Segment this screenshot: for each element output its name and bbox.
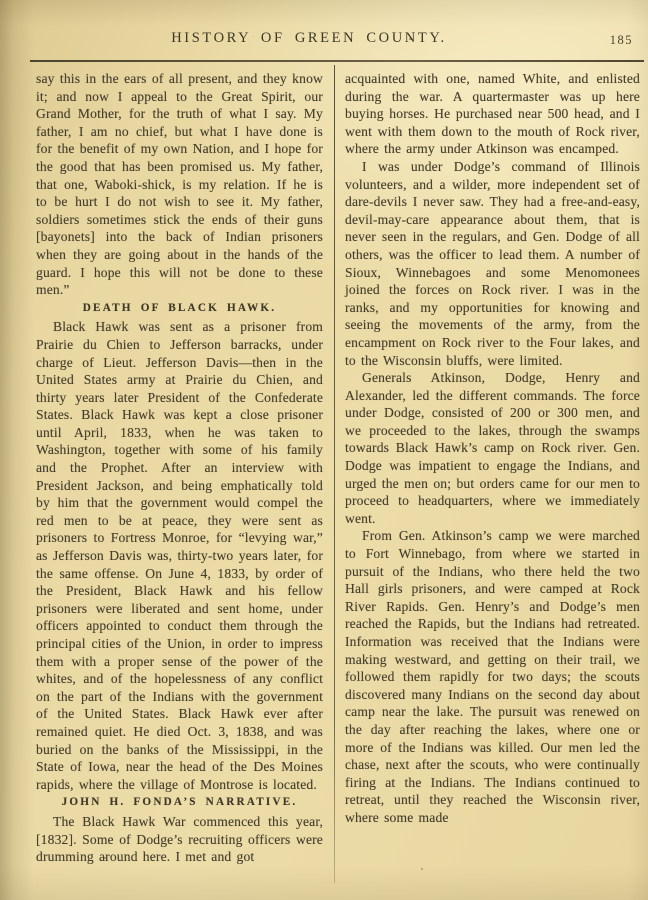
scan-speck xyxy=(409,38,412,40)
two-column-text-block: say this in the ears of all present, and… xyxy=(36,70,640,866)
paragraph-war-commenced: The Black Hawk War commenced this year, … xyxy=(36,813,323,866)
paragraph-black-hawk-prisoner: Black Hawk was sent as a prisoner from P… xyxy=(36,318,323,793)
left-column: say this in the ears of all present, and… xyxy=(36,70,323,866)
paragraph-speech-continuation: say this in the ears of all present, and… xyxy=(36,70,323,299)
running-head-title: HISTORY OF GREEN COUNTY. xyxy=(40,30,578,47)
right-column: acquainted with one, named White, and en… xyxy=(345,70,640,866)
paragraph-enlisted-continuation: acquainted with one, named White, and en… xyxy=(345,70,640,158)
page-number: 185 xyxy=(610,33,633,48)
section-heading-death-of-black-hawk: DEATH OF BLACK HAWK. xyxy=(36,300,323,318)
scan-speck xyxy=(421,868,423,870)
paragraph-generals-commands: Generals Atkinson, Dodge, Henry and Alex… xyxy=(345,369,640,527)
section-heading-fonda-narrative: JOHN H. FONDA’S NARRATIVE. xyxy=(36,794,323,812)
book-page: HISTORY OF GREEN COUNTY. 185 say this in… xyxy=(0,0,648,900)
column-gap xyxy=(323,70,345,866)
header-rule xyxy=(30,60,644,62)
scan-speck xyxy=(104,857,106,859)
paragraph-pursuit-of-indians: From Gen. Atkinson’s camp we were marche… xyxy=(345,527,640,826)
paragraph-dodges-command: I was under Dodge’s command of Illinois … xyxy=(345,158,640,369)
